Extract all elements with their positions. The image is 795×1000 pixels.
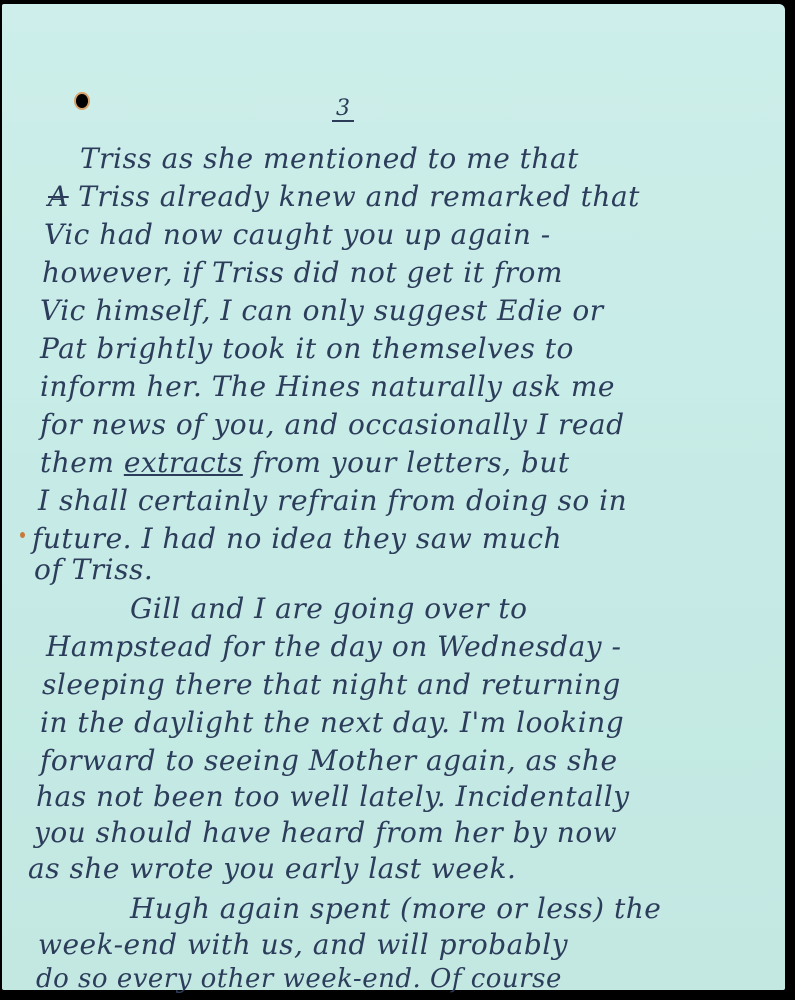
- letter-line-10: I shall certainly refrain from doing so …: [38, 484, 627, 517]
- letter-line-14: Hampstead for the day on Wednesday -: [46, 630, 621, 663]
- letter-page: 3 Triss as she mentioned to me that A Tr…: [2, 4, 785, 990]
- page-number: 3: [332, 98, 354, 122]
- letter-line-15: sleeping there that night and returning: [42, 668, 621, 701]
- letter-line-7: inform her. The Hines naturally ask me: [40, 370, 615, 403]
- letter-line-20: as she wrote you early last week.: [28, 852, 516, 885]
- letter-line-5: Vic himself, I can only suggest Edie or: [40, 294, 604, 327]
- letter-line-2: A Triss already knew and remarked that: [48, 180, 640, 213]
- letter-line-23: do so every other week-end. Of course: [36, 964, 562, 994]
- letter-line-21: Hugh again spent (more or less) the: [130, 892, 661, 925]
- rust-spot: [20, 532, 25, 538]
- letter-line-17: forward to seeing Mother again, as she: [40, 744, 618, 777]
- punch-hole: [76, 94, 88, 108]
- letter-line-3: Vic had now caught you up again -: [44, 218, 551, 251]
- letter-line-22: week-end with us, and will probably: [38, 928, 568, 961]
- letter-line-18: has not been too well lately. Incidental…: [36, 780, 630, 813]
- letter-line-16: in the daylight the next day. I'm lookin…: [40, 706, 624, 739]
- letter-line-13: Gill and I are going over to: [130, 592, 527, 625]
- letter-line-11: future. I had no idea they saw much: [32, 522, 562, 555]
- letter-line-6: Pat brightly took it on themselves to: [40, 332, 574, 365]
- letter-line-8: for news of you, and occasionally I read: [40, 408, 625, 441]
- struck-text: A: [48, 180, 69, 213]
- letter-line-12: of Triss.: [34, 553, 153, 586]
- letter-line-9: them extracts from your letters, but: [40, 446, 570, 479]
- letter-line-19: you should have heard from her by now: [34, 816, 617, 849]
- letter-line-1: Triss as she mentioned to me that: [80, 142, 579, 175]
- underlined-word: extracts: [124, 446, 243, 479]
- letter-line-4: however, if Triss did not get it from: [42, 256, 563, 289]
